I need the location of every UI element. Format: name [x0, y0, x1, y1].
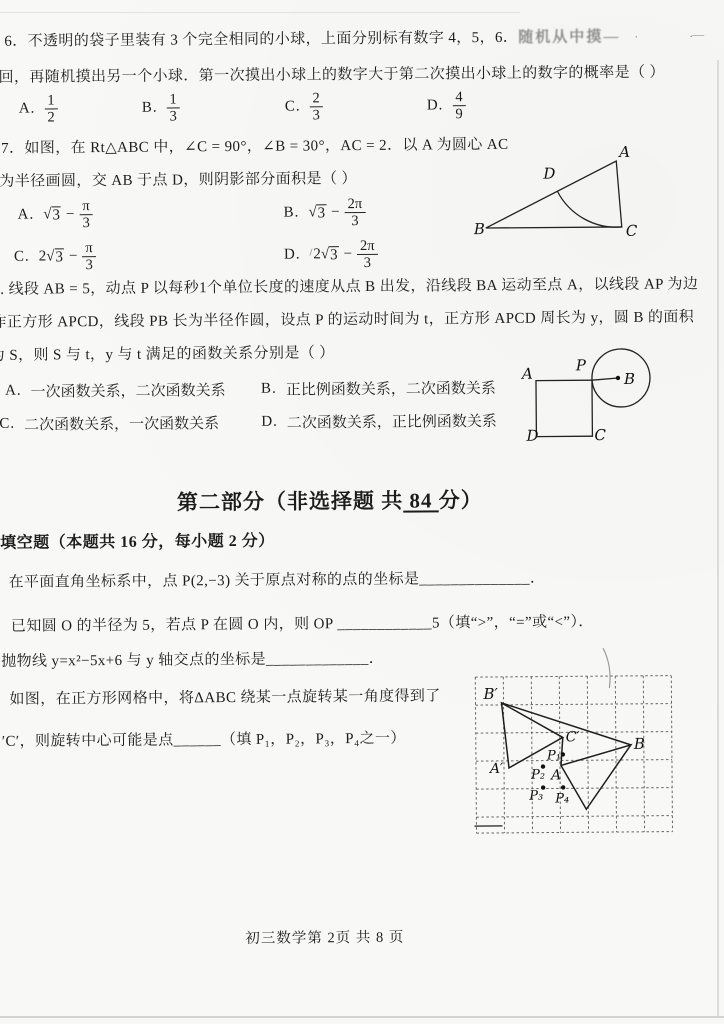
- denominator: 9: [452, 105, 465, 122]
- question-8-text-3: 为 S，则 S 与 t，y 与 t 满足的函数关系分别是（ ）: [0, 345, 335, 364]
- denominator: 3: [82, 256, 95, 273]
- triangle-abc: [561, 745, 632, 810]
- scan-dots: · ·: [634, 29, 717, 44]
- grid-lines: [475, 676, 672, 834]
- numerator: π: [82, 240, 95, 256]
- crease-line: [603, 648, 610, 688]
- question-11-text: 抛物线 y=x²−5x+6 与 y 轴交点的坐标是_____________．: [1, 651, 384, 670]
- fraction: 13: [166, 91, 180, 125]
- q8-option-a: A. 一次函数关系，二次函数关系: [5, 379, 226, 402]
- fraction: π3: [79, 198, 93, 232]
- option-label: D.: [427, 98, 444, 115]
- option-label: A.: [19, 101, 36, 118]
- section-score: 84: [403, 488, 439, 512]
- q7-option-c: C. 2√3 − π3: [14, 240, 96, 274]
- question-9: 在平面直角坐标系中，点 P(2,−3) 关于原点对称的点的坐标是________…: [8, 570, 545, 594]
- denominator: 3: [357, 254, 378, 271]
- option-label: C.: [0, 416, 15, 433]
- numerator: 1: [44, 92, 57, 108]
- fraction: 2π3: [357, 238, 378, 272]
- q8-option-c: C. 二次函数关系，一次函数关系: [0, 412, 219, 435]
- option-label: B.: [261, 381, 277, 398]
- vertex-label-a: A: [549, 767, 561, 783]
- minus-sign: −: [69, 248, 78, 265]
- numerator: π: [79, 198, 92, 214]
- radicand: 3: [54, 248, 64, 266]
- question-8-line-2: 作正方形 APCD，线段 PB 长为半径作圆，设点 P 的运动时间为 t，正方形…: [0, 308, 694, 333]
- arc-dc: [557, 191, 621, 228]
- numerator: 2π: [357, 238, 378, 254]
- vertex-label-b: B: [633, 735, 645, 753]
- minus-sign: −: [344, 246, 353, 263]
- question-10: 已知圆 O 的半径为 5，若点 P 在圆 O 内，则 OP __________…: [11, 613, 594, 637]
- radicand: 3: [51, 206, 61, 224]
- q7-option-b: B. √3 − 2π3: [284, 196, 366, 230]
- option-text: 二次函数关系，正比例函数关系: [287, 410, 497, 433]
- label-p3: P₃: [528, 789, 543, 804]
- question-6-text: 6．不透明的袋子里装有 3 个完全相同的小球，上面分别标有数字 4，5，6．: [4, 30, 518, 50]
- scan-corner-dash: —: [692, 27, 704, 41]
- scan-tick-artifact: /: [310, 248, 313, 259]
- point-p4: [561, 785, 565, 789]
- circle-b: [592, 349, 650, 407]
- vertex-label-c: C: [626, 222, 638, 240]
- option-label: A.: [5, 383, 22, 400]
- option-text: 一次函数关系，二次函数关系: [31, 379, 226, 402]
- segment-c1-a: [561, 737, 563, 765]
- question-6-line-2: 回，再随机摸出另一个小球．第一次摸出小球上的数字大于第二次摸出小球上的数字的概率…: [0, 64, 665, 89]
- question-7-line-1: 7．如图，在 Rt△ABC 中，∠C = 90°，∠B = 30°，AC = 2…: [1, 136, 509, 159]
- exam-page: 6．不透明的袋子里装有 3 个完全相同的小球，上面分别标有数字 4，5，6．随机…: [0, 0, 724, 1024]
- q6-option-d: D. 49: [427, 89, 466, 123]
- question-12-text-2: ′C′，则旋转中心可能是点______（填 P₁，P₂，P₃，P₄之一）: [2, 731, 406, 750]
- option-text: 二次函数关系，一次函数关系: [24, 412, 219, 435]
- option-label: D.: [261, 414, 278, 431]
- q6-option-c: C. 23: [285, 90, 323, 124]
- numerator: 2π: [344, 196, 365, 212]
- section-title-pre: 第二部分（非选择题 共: [177, 489, 403, 515]
- question-12-text: 如图，在正方形网格中，将ΔABC 绕某一点旋转某一角度得到了: [9, 688, 440, 707]
- scanned-sheet: 6．不透明的袋子里装有 3 个完全相同的小球，上面分别标有数字 4，5，6．随机…: [0, 0, 724, 1024]
- q6-option-a: A. 12: [19, 92, 58, 126]
- vertex-label-c-prime: C′: [566, 729, 581, 745]
- question-9-text: 在平面直角坐标系中，点 P(2,−3) 关于原点对称的点的坐标是________…: [8, 571, 545, 591]
- section-2-title: 第二部分（非选择题 共 84 分）: [177, 487, 483, 517]
- fraction: 23: [309, 90, 323, 124]
- denominator: 3: [310, 107, 323, 124]
- radical-sign: 2√: [39, 249, 55, 266]
- denominator: 3: [345, 212, 366, 229]
- fraction: 2π3: [344, 196, 365, 230]
- figure-square-circle: A P B D C: [514, 336, 675, 447]
- denominator: 2: [44, 109, 57, 126]
- numerator: 1: [166, 91, 179, 107]
- vertex-label-a-prime: A′: [488, 761, 504, 777]
- radical-sign: 2√: [313, 246, 329, 263]
- question-7-line-2: 为半径画圆，交 AB 于点 D，则阴影部分面积是（ ）: [0, 170, 357, 192]
- scan-crease: [589, 644, 629, 694]
- question-12-line-2: ′C′，则旋转中心可能是点______（填 P₁，P₂，P₃，P₄之一）: [2, 730, 406, 753]
- denominator: 3: [167, 108, 180, 125]
- option-text: 正比例函数关系，二次函数关系: [286, 377, 496, 400]
- point-b-dot: [616, 376, 620, 380]
- scan-edge-top: [0, 12, 520, 13]
- vertex-label-d: D: [542, 164, 555, 182]
- vertex-label-d: D: [525, 427, 538, 445]
- radicand: 3: [317, 204, 327, 222]
- numerator: 2: [309, 90, 322, 106]
- q8-option-d: D. 二次函数关系，正比例函数关系: [261, 410, 497, 433]
- vertex-label-a: A: [617, 144, 630, 161]
- section-title-post: 分）: [439, 488, 483, 512]
- segment-pb: [592, 378, 618, 380]
- denominator: 3: [79, 214, 92, 231]
- question-8-text-2: 作正方形 APCD，线段 PB 长为半径作圆，设点 P 的运动时间为 t，正方形…: [0, 309, 694, 331]
- question-7-text-2: 为半径画圆，交 AB 于点 D，则阴影部分面积是（ ）: [0, 171, 357, 190]
- figure-right-triangle: A B C D: [473, 144, 654, 245]
- scan-edge-bottom: [0, 1016, 724, 1018]
- option-label: C.: [14, 249, 30, 266]
- vertex-label-p: P: [575, 356, 587, 374]
- point-p1: [561, 752, 565, 756]
- radicand: 3: [329, 246, 339, 264]
- fill-in-header: 填空题（本题共 16 分，每小题 2 分）: [0, 532, 275, 555]
- question-7-text: 7．如图，在 Rt△ABC 中，∠C = 90°，∠B = 30°，AC = 2…: [1, 137, 509, 157]
- q6-option-b: B. 13: [142, 91, 180, 125]
- label-p4: P₄: [554, 791, 569, 806]
- fill-in-header-text: 填空题（本题共 16 分，每小题 2 分）: [0, 533, 275, 552]
- q7-option-a: A. √3 − π3: [18, 198, 93, 232]
- vertex-label-c: C: [594, 426, 606, 444]
- question-10-text: 已知圆 O 的半径为 5，若点 P 在圆 O 内，则 OP __________…: [11, 614, 594, 635]
- question-8-line-1: . 线段 AB = 5，动点 P 以每秒1个单位长度的速度从点 B 出发，沿线段…: [0, 275, 698, 300]
- vertex-label-b: B: [623, 370, 635, 388]
- question-6-text-2: 回，再随机摸出另一个小球．第一次摸出小球上的数字大于第二次摸出小球上的数字的概率…: [0, 65, 665, 86]
- scan-edge-right: [717, 60, 719, 1016]
- question-6-line-1: 6．不透明的袋子里装有 3 个完全相同的小球，上面分别标有数字 4，5，6．随机…: [4, 27, 717, 52]
- square-apcd: [536, 380, 592, 436]
- radical-sign: √: [43, 207, 51, 224]
- option-label: A.: [18, 207, 35, 224]
- fraction: 49: [452, 89, 466, 123]
- q8-option-b: B. 正比例函数关系，二次函数关系: [261, 377, 496, 400]
- vertex-label-a: A: [520, 365, 533, 383]
- smudged-text: 随机从中摸—: [518, 29, 620, 46]
- option-label: C.: [285, 99, 301, 116]
- option-label: D.: [284, 247, 301, 264]
- option-label: B.: [142, 100, 158, 117]
- option-label: B.: [284, 205, 300, 222]
- q7-option-d: D. / 2√3 − 2π3: [284, 238, 378, 272]
- label-p2: P₂: [530, 768, 545, 783]
- page-footer: 初三数学第 2页 共 8 页: [245, 929, 404, 949]
- page-footer-text: 初三数学第 2页 共 8 页: [245, 930, 404, 947]
- vertex-label-b-prime: B′: [482, 685, 498, 703]
- question-12-line-1: 如图，在正方形网格中，将ΔABC 绕某一点旋转某一角度得到了: [9, 687, 440, 710]
- scan-corner-mark: —: [692, 27, 704, 42]
- fraction: 12: [44, 92, 58, 126]
- figure-rotation-grid: B′ A′ C′ B A P₁ P₂ P₃ P₄: [467, 665, 682, 841]
- label-p1: P₁: [546, 748, 561, 763]
- question-11: 抛物线 y=x²−5x+6 与 y 轴交点的坐标是_____________．: [1, 650, 384, 673]
- minus-sign: −: [66, 206, 75, 223]
- fraction: π3: [82, 240, 96, 274]
- minus-sign: −: [331, 204, 340, 221]
- question-8-text: . 线段 AB = 5，动点 P 以每秒1个单位长度的速度从点 B 出发，沿线段…: [0, 276, 698, 297]
- question-8-line-3: 为 S，则 S 与 t，y 与 t 满足的函数关系分别是（ ）: [0, 344, 335, 366]
- vertex-label-b: B: [473, 220, 485, 238]
- numerator: 4: [452, 89, 465, 105]
- radical-sign: √: [308, 205, 316, 222]
